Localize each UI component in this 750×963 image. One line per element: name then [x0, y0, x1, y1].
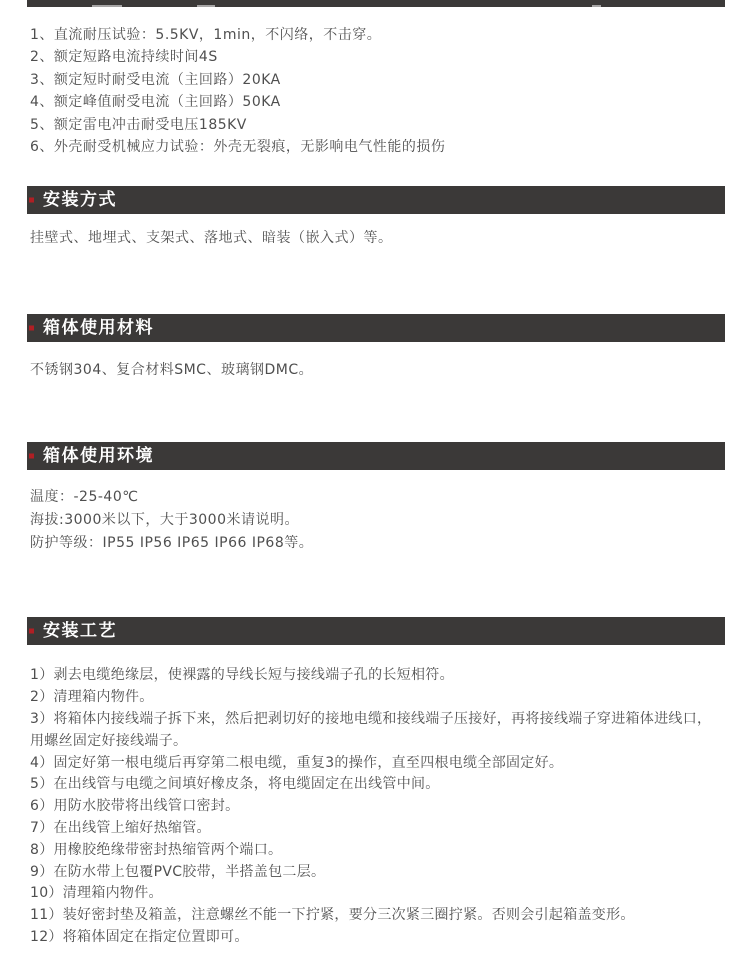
red-accent-icon: [29, 198, 34, 203]
protection-rating-line: 防护等级：IP55 IP56 IP65 IP66 IP68等。: [30, 532, 725, 555]
temperature-line: 温度：-25-40℃: [30, 486, 725, 509]
process-step: 10）清理箱内物件。: [30, 883, 725, 905]
clipped-text-remnant: [197, 5, 215, 7]
spec-list-item: 1、直流耐压试验：5.5KV，1min，不闪络，不击穿。: [30, 24, 725, 46]
red-accent-icon: [29, 629, 34, 634]
section-header-box-environment: 箱体使用环境: [27, 442, 725, 470]
spec-list-item: 4、额定峰值耐受电流（主回路）50KA: [30, 91, 725, 113]
process-step: 11）装好密封垫及箱盖，注意螺丝不能一下拧紧，要分三次紧三圈拧紧。否则会引起箱盖…: [30, 905, 725, 927]
process-step: 8）用橡胶绝缘带密封热缩管两个端口。: [30, 840, 725, 862]
install-process-steps: 1）剥去电缆绝缘层，使裸露的导线长短与接线端子孔的长短相符。 2）清理箱内物件。…: [30, 665, 725, 948]
spec-list-item: 6、外壳耐受机械应力试验：外壳无裂痕，无影响电气性能的损伤: [30, 136, 725, 158]
process-step: 4）固定好第一根电缆后再穿第二根电缆，重复3的操作，直至四根电缆全部固定好。: [30, 753, 725, 775]
process-step: 2）清理箱内物件。: [30, 687, 725, 709]
process-step: 12）将箱体固定在指定位置即可。: [30, 927, 725, 949]
section-box-environment: 箱体使用环境 温度：-25-40℃ 海拔:3000米以下，大于3000米请说明。…: [0, 442, 750, 555]
clipped-text-remnant: [592, 5, 601, 7]
previous-header-bar-remnant: [27, 0, 725, 7]
section-title: 箱体使用环境: [27, 442, 725, 470]
product-spec-page: 1、直流耐压试验：5.5KV，1min，不闪络，不击穿。 2、额定短路电流持续时…: [0, 0, 750, 963]
process-step: 7）在出线管上缩好热缩管。: [30, 818, 725, 840]
box-environment-text: 温度：-25-40℃ 海拔:3000米以下，大于3000米请说明。 防护等级：I…: [30, 486, 725, 555]
clipped-text-remnant: [92, 5, 122, 7]
process-step: 9）在防水带上包覆PVC胶带，半搭盖包二层。: [30, 862, 725, 884]
box-material-text: 不锈钢304、复合材料SMC、玻璃钢DMC。: [30, 363, 725, 378]
section-box-material: 箱体使用材料 不锈钢304、复合材料SMC、玻璃钢DMC。: [0, 314, 750, 378]
red-accent-icon: [29, 454, 34, 459]
section-header-install-process: 安装工艺: [27, 617, 725, 645]
process-step: 6）用防水胶带将出线管口密封。: [30, 796, 725, 818]
install-method-text: 挂壁式、地埋式、支架式、落地式、暗装（嵌入式）等。: [30, 231, 725, 246]
process-step: 5）在出线管与电缆之间填好橡皮条，将电缆固定在出线管中间。: [30, 774, 725, 796]
altitude-line: 海拔:3000米以下，大于3000米请说明。: [30, 509, 725, 532]
section-install-method: 安装方式 挂壁式、地埋式、支架式、落地式、暗装（嵌入式）等。: [0, 186, 750, 246]
process-step: 1）剥去电缆绝缘层，使裸露的导线长短与接线端子孔的长短相符。: [30, 665, 725, 687]
section-title: 安装工艺: [27, 617, 725, 645]
section-header-install-method: 安装方式: [27, 186, 725, 214]
process-step: 3）将箱体内接线端子拆下来，然后把剥切好的接地电缆和接线端子压接好，再将接线端子…: [30, 709, 725, 753]
spec-list-item: 3、额定短时耐受电流（主回路）20KA: [30, 69, 725, 91]
red-accent-icon: [29, 326, 34, 331]
section-install-process: 安装工艺 1）剥去电缆绝缘层，使裸露的导线长短与接线端子孔的长短相符。 2）清理…: [0, 617, 750, 948]
section-header-box-material: 箱体使用材料: [27, 314, 725, 342]
spec-list-item: 2、额定短路电流持续时间4S: [30, 46, 725, 68]
section-title: 安装方式: [27, 186, 725, 214]
section-title: 箱体使用材料: [27, 314, 725, 342]
electrical-spec-list: 1、直流耐压试验：5.5KV，1min，不闪络，不击穿。 2、额定短路电流持续时…: [30, 24, 725, 158]
spec-list-item: 5、额定雷电冲击耐受电压185KV: [30, 114, 725, 136]
